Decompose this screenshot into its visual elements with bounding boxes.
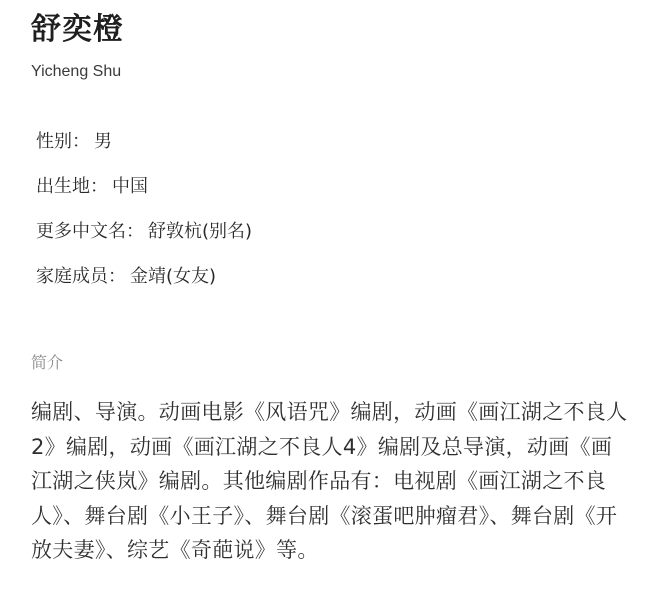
- info-value: 中国: [112, 176, 148, 197]
- person-name-chinese: 舒奕橙: [31, 10, 124, 50]
- info-separator: ：: [72, 131, 90, 152]
- info-item-family: 家庭成员：金靖(女友): [36, 263, 252, 308]
- info-separator: ：: [126, 221, 144, 242]
- info-label: 性别: [36, 131, 72, 152]
- info-item-gender: 性别：男: [36, 128, 252, 173]
- basic-info-list: 性别：男 出生地：中国 更多中文名：舒敦杭(别名) 家庭成员：金靖(女友): [36, 128, 252, 308]
- info-value: 男: [94, 131, 112, 152]
- intro-text: 编剧、导演。动画电影《风语咒》编剧，动画《画江湖之不良人2》编剧，动画《画江湖之…: [31, 395, 631, 568]
- info-value: 舒敦杭(别名): [148, 221, 252, 242]
- intro-heading: 简介: [31, 352, 63, 374]
- person-name-english: Yicheng Shu: [31, 62, 121, 82]
- info-item-birthplace: 出生地：中国: [36, 173, 252, 218]
- info-label: 出生地: [36, 176, 90, 197]
- info-item-alias: 更多中文名：舒敦杭(别名): [36, 218, 252, 263]
- info-separator: ：: [90, 176, 108, 197]
- info-separator: ：: [108, 266, 126, 287]
- info-label: 更多中文名: [36, 221, 126, 242]
- info-label: 家庭成员: [36, 266, 108, 287]
- info-value: 金靖(女友): [130, 266, 216, 287]
- profile-page: 舒奕橙 Yicheng Shu 性别：男 出生地：中国 更多中文名：舒敦杭(别名…: [0, 0, 650, 592]
